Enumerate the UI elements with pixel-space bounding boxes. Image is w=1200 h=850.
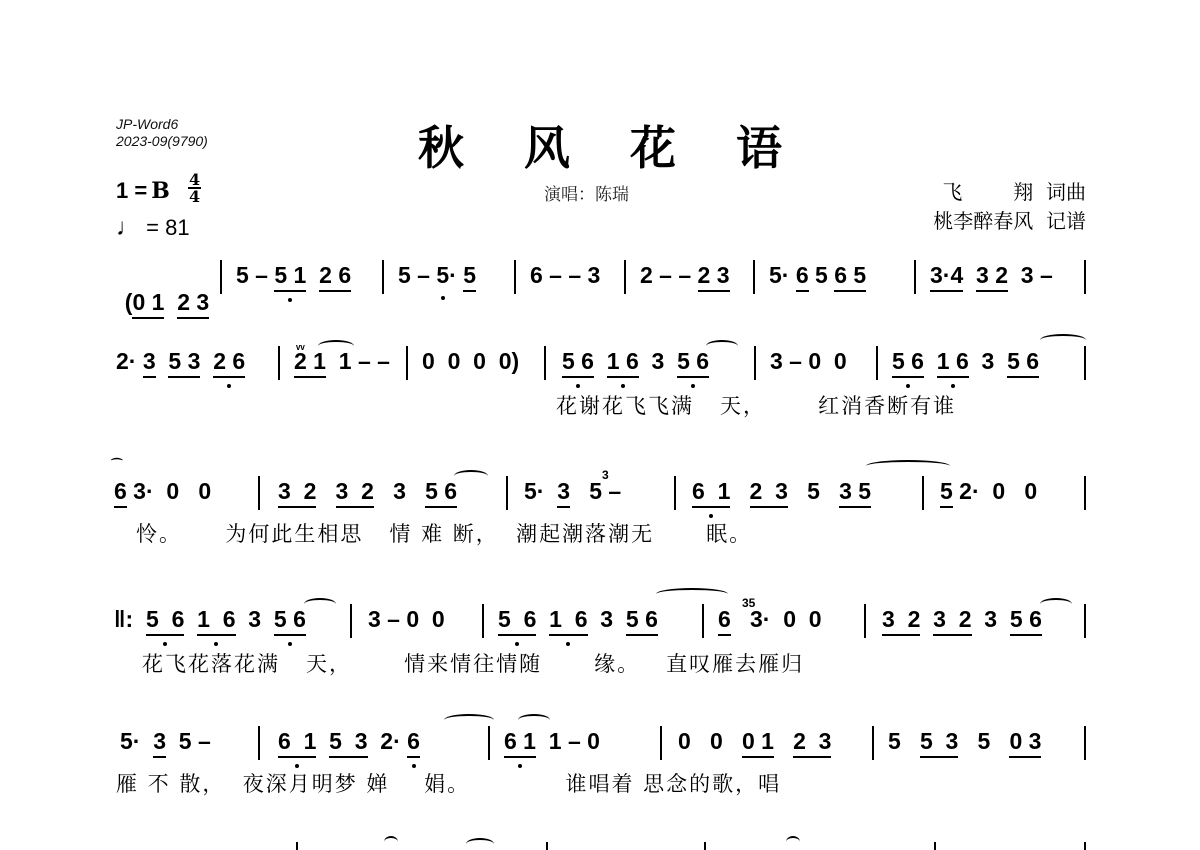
slur (304, 598, 336, 610)
note-group: 3 2 (882, 606, 920, 636)
measure: 3 – 0 0 (770, 348, 847, 375)
note: 3 (153, 728, 166, 758)
barline (506, 476, 508, 510)
measure: 5· 3 5 – (524, 478, 621, 505)
lyrics-line-1: 花谢花飞飞满 天， 红消香断有谁 (556, 390, 956, 420)
barline (488, 726, 490, 760)
slur (1040, 334, 1086, 346)
lyrics-line-4: 雁 不 散， 夜深月明梦 婵 娟。 谁唱着 思念的歌，唱 (116, 768, 781, 798)
note-group: 6 1 (692, 478, 730, 508)
note-group: 6 1 (504, 728, 536, 758)
measure: 6 1 5 3 2· 6 (278, 728, 420, 755)
note-group: 5 6 (562, 348, 594, 378)
measure: 0 0 0 0) (422, 348, 519, 375)
note-group: 0 1 (742, 728, 774, 758)
note-group: 0 3 (1009, 728, 1041, 758)
measure: 6 1 2 3 5 3 5 (692, 478, 871, 505)
note-group: 2 3 (177, 289, 209, 319)
barline (754, 346, 756, 380)
lyrics-line-2: 怜。 为何此生相思 情 难 断， 潮起潮落潮无 眠。 (136, 518, 752, 548)
measure: 3 2 3 2 3 5 6 (882, 606, 1042, 633)
note-group: 3·4 (930, 262, 963, 292)
note-group: 5 6 (892, 348, 924, 378)
note: 6 (796, 262, 809, 292)
note-group: 5 6 (677, 348, 709, 378)
note: 5 (436, 262, 449, 288)
measure: 3 – 0 0 (368, 606, 445, 633)
barline (406, 346, 408, 380)
tempo-value: = 81 (146, 215, 189, 240)
note-group: 1 6 (607, 348, 639, 378)
note: 6 (114, 478, 127, 508)
measure: 5· 6 5 6 5 (769, 262, 866, 289)
transcriber-credit: 桃李醉春风 记谱 (933, 207, 1086, 236)
note: 5 (463, 262, 476, 292)
key-label: 1 = (116, 178, 147, 203)
barline (350, 604, 352, 638)
measure: 3·4 3 2 3 – (930, 262, 1053, 289)
note: 3 (557, 478, 570, 508)
note-group: 5 3 (329, 728, 367, 758)
note: 6 (718, 606, 731, 636)
note-group: 5 6 (274, 606, 306, 636)
note-group: 6 5 (834, 262, 866, 292)
quarter-note-icon: ♩ (116, 214, 140, 241)
barline (1084, 726, 1086, 760)
tempo-marking: ♩ = 81 (116, 214, 190, 242)
barline (702, 604, 704, 638)
note-group: 6 1 (278, 728, 316, 758)
measure: 2 – – 2 3 (640, 262, 730, 289)
barline (624, 260, 626, 294)
note-group: 5 6 (425, 478, 457, 508)
time-signature: 4 4 (188, 172, 201, 204)
measure: 5 5 3 5 0 3 (888, 728, 1041, 755)
lyrics-line-3: 花飞花落花满 天， 情来情往情随 缘。 直叹雁去雁归 (142, 648, 804, 678)
note-group: 3 2 (976, 262, 1008, 292)
barline (382, 260, 384, 294)
barline (546, 842, 548, 850)
measure: 0 0 0 1 2 3 (678, 728, 831, 755)
note-group: 2 6 (319, 262, 351, 292)
measure: 5 6 1 6 3 5 6 (498, 606, 658, 633)
note-group: 3 2 (278, 478, 316, 508)
note-group: 2 3 (750, 478, 788, 508)
note-group: 2 3 (698, 262, 730, 292)
barline (258, 476, 260, 510)
note: 5 (940, 478, 953, 508)
slide-icon: ⁀ (112, 458, 122, 472)
measure: 2· 3 5 3 2 6 (116, 348, 245, 375)
time-sig-bottom: 4 (188, 189, 201, 204)
note-group: 2 1 (294, 348, 326, 378)
measure: 6 1 1 – 0 (504, 728, 600, 755)
barline (544, 346, 546, 380)
measure: 2 1 1 – – (294, 348, 390, 375)
barline (674, 476, 676, 510)
barline (296, 842, 298, 850)
note-group: 2 6 (213, 348, 245, 378)
barline (934, 842, 936, 850)
note: 6 (407, 728, 420, 758)
barline (258, 726, 260, 760)
composer-credit: 飞 翔 词曲 (933, 178, 1086, 207)
note-group: 5 3 (920, 728, 958, 758)
note-group: 5 3 (168, 348, 200, 378)
key-signature: 1 =B 4 4 (116, 176, 201, 208)
tie (444, 714, 494, 726)
tie (866, 460, 950, 472)
barline (514, 260, 516, 294)
barline (1084, 476, 1086, 510)
barline (864, 604, 866, 638)
barline (753, 260, 755, 294)
measure: 6 3· 0 0 (718, 606, 822, 633)
measure: 6 – – 3 (530, 262, 600, 289)
measure: 5 6 1 6 3 5 6 (146, 606, 306, 633)
note: 3 (143, 348, 156, 378)
slur (1040, 598, 1072, 610)
barline (922, 476, 924, 510)
singer-credit: 演唱：陈瑞 (544, 180, 629, 205)
measure: 5· 3 5 – (120, 728, 211, 755)
barline (704, 842, 706, 850)
measure: 3 2 3 2 3 5 6 (278, 478, 457, 505)
barline (1084, 260, 1086, 294)
barline (1084, 842, 1086, 850)
note-group: 1 6 (937, 348, 969, 378)
note-group: 5 6 (1010, 606, 1042, 636)
song-title: 秋 风 花 语 (0, 112, 1200, 178)
barline (660, 726, 662, 760)
system-1-notes: (0 1 2 3 (112, 262, 209, 316)
barline (220, 260, 222, 294)
barline (482, 604, 484, 638)
measure: 5 – 5· 5 (398, 262, 476, 289)
slur (384, 836, 398, 848)
measure: 5 6 1 6 3 5 6 (562, 348, 709, 375)
slur (706, 340, 738, 352)
note-group: 5 6 (146, 606, 184, 636)
barline (914, 260, 916, 294)
credits: 飞 翔 词曲 桃李醉春风 记谱 (933, 178, 1086, 236)
note-group: 5 6 (1007, 348, 1039, 378)
barline (1084, 604, 1086, 638)
key-note: B (151, 178, 170, 204)
note-group: 5 1 (274, 262, 306, 292)
note-group: 3 2 (933, 606, 971, 636)
barline (1084, 346, 1086, 380)
measure: 5 2· 0 0 (940, 478, 1037, 505)
repeat-start: ‖: (114, 606, 133, 633)
note-group: 3 5 (839, 478, 871, 508)
slur (518, 714, 550, 726)
measure: 6 3· 0 0 (114, 478, 211, 505)
barline (872, 726, 874, 760)
barline (876, 346, 878, 380)
note-group: 3 2 (336, 478, 374, 508)
measure: 5 – 5 1 2 6 (236, 262, 351, 289)
slur (786, 836, 800, 848)
measure: 5 6 1 6 3 5 6 (892, 348, 1039, 375)
note-group: 5 6 (498, 606, 536, 636)
note-group: 2 3 (793, 728, 831, 758)
slur (454, 470, 488, 482)
note-group: 1 6 (197, 606, 235, 636)
note-group: 0 1 (132, 289, 164, 319)
note-group: 1 6 (549, 606, 587, 636)
note-group: 5 6 (626, 606, 658, 636)
tie (656, 588, 728, 600)
slur (466, 838, 494, 850)
barline (278, 346, 280, 380)
